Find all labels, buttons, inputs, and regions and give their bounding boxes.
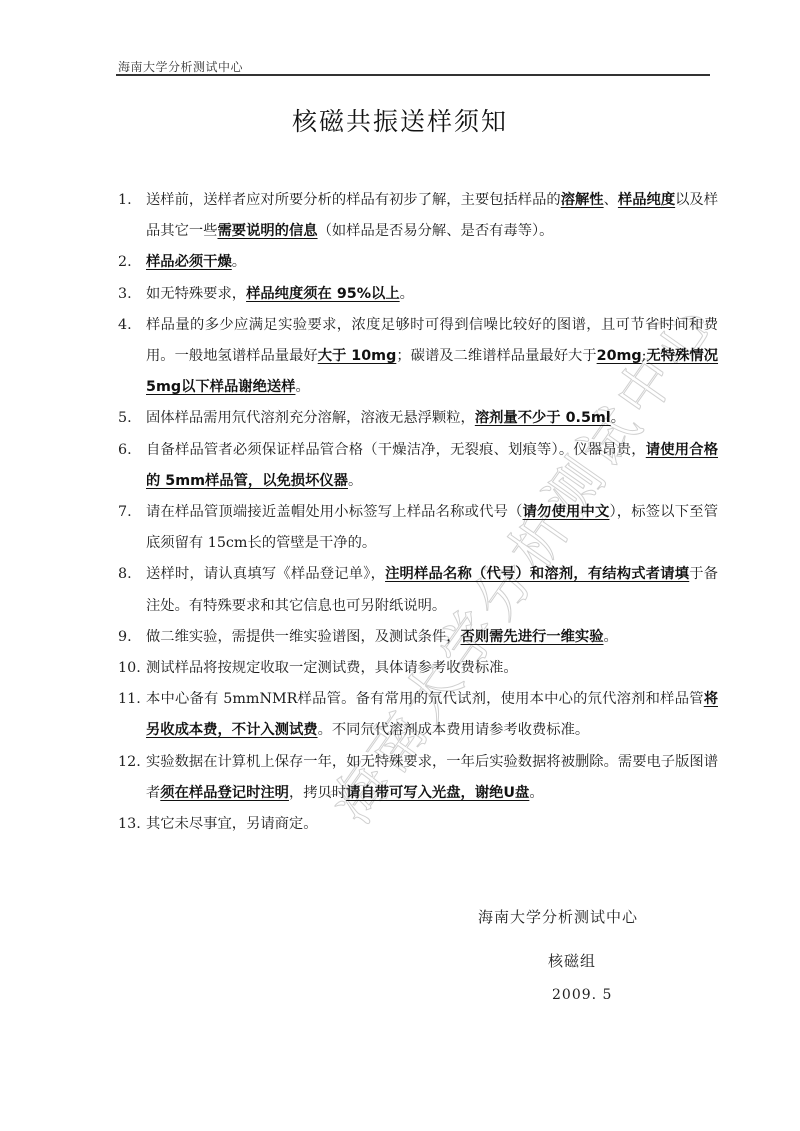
item-text: 自备样品管者必须保证样品管合格（干燥洁净，无裂痕、划痕等）。仪器昂贵，请使用合格… <box>146 435 718 497</box>
notice-item: 4.样品量的多少应满足实验要求，浓度足够时可得到信噪比较好的图谱，且可节省时间和… <box>118 310 718 404</box>
plain-text: 。 <box>529 785 543 801</box>
notice-item: 3.如无特殊要求，样品纯度须在 95%以上。 <box>118 279 718 310</box>
notice-item: 13.其它未尽事宜，另请商定。 <box>118 809 718 840</box>
document-title: 核磁共振送样须知 <box>0 102 800 138</box>
item-text: 送样时，请认真填写《样品登记单》，注明样品名称（代号）和溶剂，有结构式者请填于备… <box>146 559 718 621</box>
item-text: 本中心备有 5mmNMR样品管。备有常用的氘代试剂，使用本中心的氘代溶剂和样品管… <box>146 684 718 746</box>
item-text: 样品量的多少应满足实验要求，浓度足够时可得到信噪比较好的图谱，且可节省时间和费用… <box>146 310 718 404</box>
item-text: 其它未尽事宜，另请商定。 <box>146 809 718 840</box>
notice-item: 8.送样时，请认真填写《样品登记单》，注明样品名称（代号）和溶剂，有结构式者请填… <box>118 559 718 621</box>
emphasis-text: 20mg <box>597 348 642 364</box>
plain-text: 。 <box>232 254 246 270</box>
item-text: 请在样品管顶端接近盖帽处用小标签写上样品名称或代号（请勿使用中文），标签以下至管… <box>146 497 718 559</box>
item-number: 13. <box>118 809 146 840</box>
emphasis-text: 否则需先进行一维实验 <box>461 629 604 645</box>
emphasis-text: 须在样品登记时注明 <box>160 785 289 801</box>
item-number: 8. <box>118 559 146 621</box>
item-number: 1. <box>118 185 146 247</box>
item-text: 测试样品将按规定收取一定测试费，具体请参考收费标准。 <box>146 653 718 684</box>
plain-text: 送样前，送样者应对所要分析的样品有初步了解，主要包括样品的 <box>146 192 561 208</box>
emphasis-text: 需要说明的信息 <box>217 223 317 239</box>
notice-item: 1.送样前，送样者应对所要分析的样品有初步了解，主要包括样品的溶解性、样品纯度以… <box>118 185 718 247</box>
item-text: 如无特殊要求，样品纯度须在 95%以上。 <box>146 279 718 310</box>
emphasis-text: 样品纯度须在 95%以上 <box>246 286 400 302</box>
item-number: 12. <box>118 747 146 809</box>
plain-text: 自备样品管者必须保证样品管合格（干燥洁净，无裂痕、划痕等）。仪器昂贵， <box>146 442 646 458</box>
plain-text: 送样时，请认真填写《样品登记单》， <box>146 566 385 582</box>
plain-text: 。 <box>295 379 309 395</box>
plain-text: 、 <box>604 192 618 208</box>
plain-text: 测试样品将按规定收取一定测试费，具体请参考收费标准。 <box>146 660 518 676</box>
plain-text: ；碳谱及二维谱样品量最好大于 <box>396 348 596 364</box>
plain-text: 。不同氘代溶剂成本费用请参考收费标准。 <box>318 722 590 738</box>
emphasis-text: 溶剂量不少于 0.5ml <box>475 410 611 426</box>
item-number: 10. <box>118 653 146 684</box>
item-number: 4. <box>118 310 146 404</box>
plain-text: （如样品是否易分解、是否有毒等）。 <box>318 223 554 239</box>
signature-group: 核磁组 <box>548 950 596 971</box>
notice-item: 11.本中心备有 5mmNMR样品管。备有常用的氘代试剂，使用本中心的氘代溶剂和… <box>118 684 718 746</box>
notice-item: 12.实验数据在计算机上保存一年，如无特殊要求，一年后实验数据将被删除。需要电子… <box>118 747 718 809</box>
emphasis-text: 注明样品名称（代号）和溶剂，有结构式者请填 <box>385 566 689 582</box>
item-text: 做二维实验，需提供一维实验谱图，及测试条件，否则需先进行一维实验。 <box>146 622 718 653</box>
plain-text: 如无特殊要求， <box>146 286 246 302</box>
plain-text: 。 <box>604 629 618 645</box>
notice-list: 1.送样前，送样者应对所要分析的样品有初步了解，主要包括样品的溶解性、样品纯度以… <box>118 185 718 840</box>
signature-org: 海南大学分析测试中心 <box>478 906 638 927</box>
page-header-org: 海南大学分析测试中心 <box>118 58 243 75</box>
plain-text: 。 <box>348 473 362 489</box>
plain-text: 。 <box>400 286 414 302</box>
plain-text: 其它未尽事宜，另请商定。 <box>146 816 318 832</box>
emphasis-text: 溶解性 <box>561 192 604 208</box>
emphasis-text: 样品纯度 <box>618 192 675 208</box>
plain-text: 。 <box>611 410 625 426</box>
item-text: 固体样品需用氘代溶剂充分溶解，溶液无悬浮颗粒，溶剂量不少于 0.5ml。 <box>146 403 718 434</box>
item-number: 5. <box>118 403 146 434</box>
notice-item: 6.自备样品管者必须保证样品管合格（干燥洁净，无裂痕、划痕等）。仪器昂贵，请使用… <box>118 435 718 497</box>
plain-text: 固体样品需用氘代溶剂充分溶解，溶液无悬浮颗粒， <box>146 410 475 426</box>
header-rule <box>116 74 710 76</box>
item-number: 2. <box>118 247 146 278</box>
notice-item: 7.请在样品管顶端接近盖帽处用小标签写上样品名称或代号（请勿使用中文），标签以下… <box>118 497 718 559</box>
signature-date: 2009. 5 <box>552 987 612 1003</box>
emphasis-text: 请自带可写入光盘，谢绝U盘 <box>346 785 529 801</box>
plain-text: 做二维实验，需提供一维实验谱图，及测试条件， <box>146 629 461 645</box>
notice-item: 5.固体样品需用氘代溶剂充分溶解，溶液无悬浮颗粒，溶剂量不少于 0.5ml。 <box>118 403 718 434</box>
notice-item: 10.测试样品将按规定收取一定测试费，具体请参考收费标准。 <box>118 653 718 684</box>
emphasis-text: 请勿使用中文 <box>523 504 610 520</box>
notice-item: 2.样品必须干燥。 <box>118 247 718 278</box>
item-text: 实验数据在计算机上保存一年，如无特殊要求，一年后实验数据将被删除。需要电子版图谱… <box>146 747 718 809</box>
item-number: 7. <box>118 497 146 559</box>
item-text: 送样前，送样者应对所要分析的样品有初步了解，主要包括样品的溶解性、样品纯度以及样… <box>146 185 718 247</box>
emphasis-text: 大于 10mg <box>318 348 397 364</box>
item-text: 样品必须干燥。 <box>146 247 718 278</box>
notice-item: 9.做二维实验，需提供一维实验谱图，及测试条件，否则需先进行一维实验。 <box>118 622 718 653</box>
item-number: 11. <box>118 684 146 746</box>
plain-text: 请在样品管顶端接近盖帽处用小标签写上样品名称或代号（ <box>146 504 523 520</box>
item-number: 6. <box>118 435 146 497</box>
item-number: 3. <box>118 279 146 310</box>
plain-text: ，拷贝时 <box>289 785 346 801</box>
item-number: 9. <box>118 622 146 653</box>
emphasis-text: 样品必须干燥 <box>146 254 232 270</box>
plain-text: 本中心备有 5mmNMR样品管。备有常用的氘代试剂，使用本中心的氘代溶剂和样品管 <box>146 691 704 707</box>
